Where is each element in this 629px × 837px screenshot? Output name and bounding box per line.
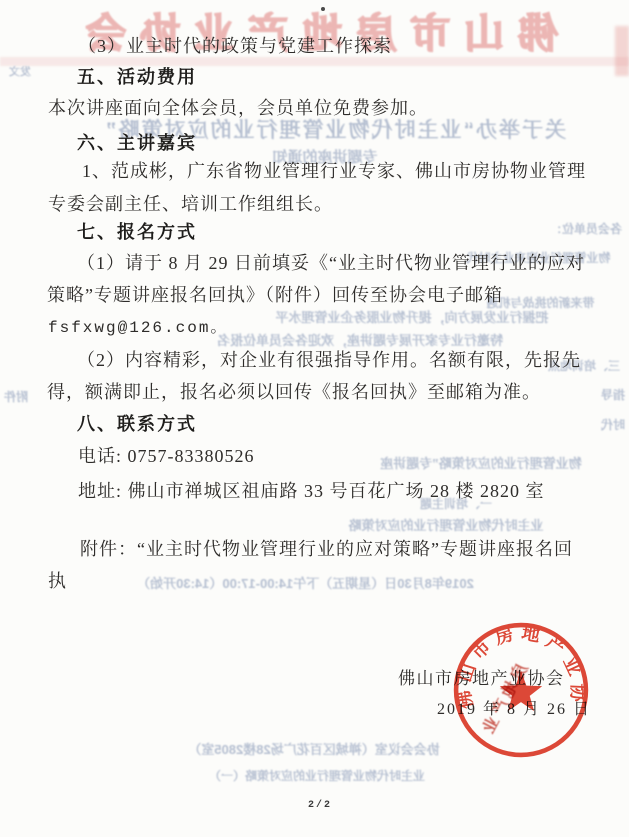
- bleed-fragment: 物业管理行业的应对策略”专题讲座: [333, 456, 629, 472]
- bleed-fragment: 各会员单位：: [543, 222, 629, 236]
- email-line: fsfxwg@126.com。: [48, 320, 228, 338]
- section-heading: 六、主讲嘉宾: [77, 134, 197, 154]
- doc-line: （1）请于 8 月 29 日前填妥《“业主时代物业管理行业的应对: [77, 254, 585, 274]
- bleed-fragment: 指导: [598, 388, 628, 402]
- bleed-fragment: 发文: [0, 66, 40, 79]
- address-line: 地址: 佛山市禅城区祖庙路 33 号百花广场 28 楼 2820 室: [78, 482, 545, 502]
- bleed-fragment: 2019年8月30日（星期五）下午14:00-17:00（14:30开始）: [98, 576, 513, 592]
- doc-line: （2）内容精彩，对企业有很强指导作用。名额有限，先报先: [77, 351, 581, 371]
- doc-line: 1、范成彬，广东省物业管理行业专家、佛山市房协物业管理: [82, 162, 586, 182]
- bleed-fragment: 时代: [598, 418, 628, 432]
- section-heading: 八、联系方式: [77, 415, 197, 435]
- section-heading: 五、活动费用: [77, 68, 197, 88]
- ink-dot: [321, 7, 325, 11]
- phone-line: 电话: 0757-83380526: [78, 447, 255, 467]
- bleed-fragment: 业主时代物业管理行业的应对策略（一）: [188, 769, 446, 783]
- doc-line: 策略”专题讲座报名回执》（附件）回传至协会电子邮箱: [47, 286, 503, 306]
- doc-line: 专委会副主任、培训工作组组长。: [48, 195, 333, 215]
- bleed-letterhead-rule: [0, 57, 629, 66]
- doc-line: （3）业主时代的政策与党建工作探索: [78, 37, 392, 57]
- doc-line: 得，额满即止，报名必须以回传《报名回执》至邮箱为准。: [47, 383, 541, 403]
- bleed-fragment: 附件: [2, 390, 30, 404]
- bleed-fragment: 协会会议室（禅城区百花广场28楼2805室）: [163, 742, 465, 758]
- scanned-document-page: 佛山市房地产业协会 关于举办“业主时代物业管理行业的应对策略” 专题讲座的通知 …: [0, 0, 629, 837]
- section-heading: 七、报名方式: [77, 223, 197, 243]
- attachment-line: 附件：“业主时代物业管理行业的应对策略”专题讲座报名回: [80, 540, 573, 560]
- bleed-fragment: 业主时代物业管理行业的应对策略: [330, 518, 562, 534]
- bleed-fragment: 把握行业发展方向，提升物业服务企业管理水平: [195, 310, 629, 326]
- bleed-red-smear: [615, 26, 629, 76]
- doc-line: 本次讲座面向全体会员，会员单位免费参加。: [48, 99, 428, 119]
- page-number: 2/2: [300, 800, 340, 811]
- doc-line: 执: [48, 572, 67, 592]
